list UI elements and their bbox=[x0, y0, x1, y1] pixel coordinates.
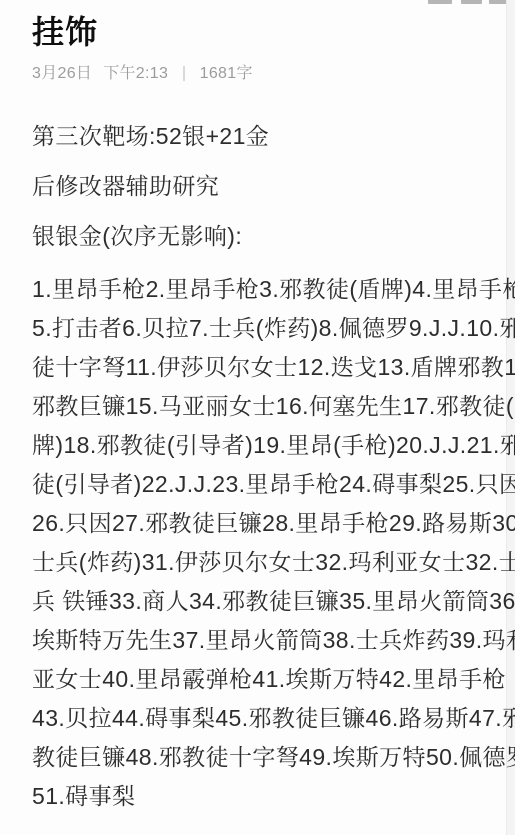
intro-line: 后修改器辅助研究 bbox=[32, 167, 479, 205]
meta-divider bbox=[183, 66, 185, 81]
list-line: 埃斯特万先生37.里昂火箭筒38.士兵炸药39.玛利 bbox=[32, 621, 479, 660]
pendant-list: 1.里昂手枪2.里昂手枪3.邪教徒(盾牌)4.里昂手枪 5.打击者6.贝拉7.士… bbox=[32, 270, 479, 816]
note-time: 下午2:13 bbox=[103, 63, 168, 84]
list-line: 兵 铁锤33.商人34.邪教徒巨镰35.里昂火箭筒36. bbox=[32, 582, 479, 621]
list-line: 亚女士40.里昂霰弹枪41.埃斯万特42.里昂手枪 bbox=[32, 660, 479, 699]
list-line: 牌)18.邪教徒(引导者)19.里昂(手枪)20.J.J.21.邪教 bbox=[32, 426, 479, 465]
intro-line: 第三次靶场:52银+21金 bbox=[32, 117, 479, 155]
list-line: 43.贝拉44.碍事梨45.邪教徒巨镰46.路易斯47.邪 bbox=[32, 699, 479, 738]
note-content: 挂饰 3月26日 下午2:13 1681字 第三次靶场:52银+21金 后修改器… bbox=[0, 0, 515, 816]
note-title[interactable]: 挂饰 bbox=[32, 14, 479, 51]
note-date: 3月26日 bbox=[32, 63, 92, 84]
note-page: 挂饰 3月26日 下午2:13 1681字 第三次靶场:52银+21金 后修改器… bbox=[0, 0, 515, 835]
list-line: 1.里昂手枪2.里昂手枪3.邪教徒(盾牌)4.里昂手枪 bbox=[32, 270, 479, 309]
list-line: 士兵(炸药)31.伊莎贝尔女士32.玛利亚女士32.士 bbox=[32, 543, 479, 582]
list-line: 徒十字弩11.伊莎贝尔女士12.迭戈13.盾牌邪教14. bbox=[32, 348, 479, 387]
note-meta: 3月26日 下午2:13 1681字 bbox=[32, 63, 479, 84]
list-line: 51.碍事梨 bbox=[32, 777, 479, 816]
list-line: 5.打击者6.贝拉7.士兵(炸药)8.佩德罗9.J.J.10.邪教 bbox=[32, 309, 479, 348]
word-count: 1681字 bbox=[200, 63, 253, 84]
list-line: 邪教巨镰15.马亚丽女士16.何塞先生17.邪教徒(盾 bbox=[32, 387, 479, 426]
intro-line: 银银金(次序无影响): bbox=[32, 217, 479, 255]
list-line: 徒(引导者)22.J.J.23.里昂手枪24.碍事梨25.只因 bbox=[32, 465, 479, 504]
list-line: 26.只因27.邪教徒巨镰28.里昂手枪29.路易斯30. bbox=[32, 504, 479, 543]
list-line: 教徒巨镰48.邪教徒十字弩49.埃斯万特50.佩德罗 bbox=[32, 738, 479, 777]
note-body-editor[interactable]: 第三次靶场:52银+21金 后修改器辅助研究 银银金(次序无影响): 1.里昂手… bbox=[32, 117, 479, 816]
